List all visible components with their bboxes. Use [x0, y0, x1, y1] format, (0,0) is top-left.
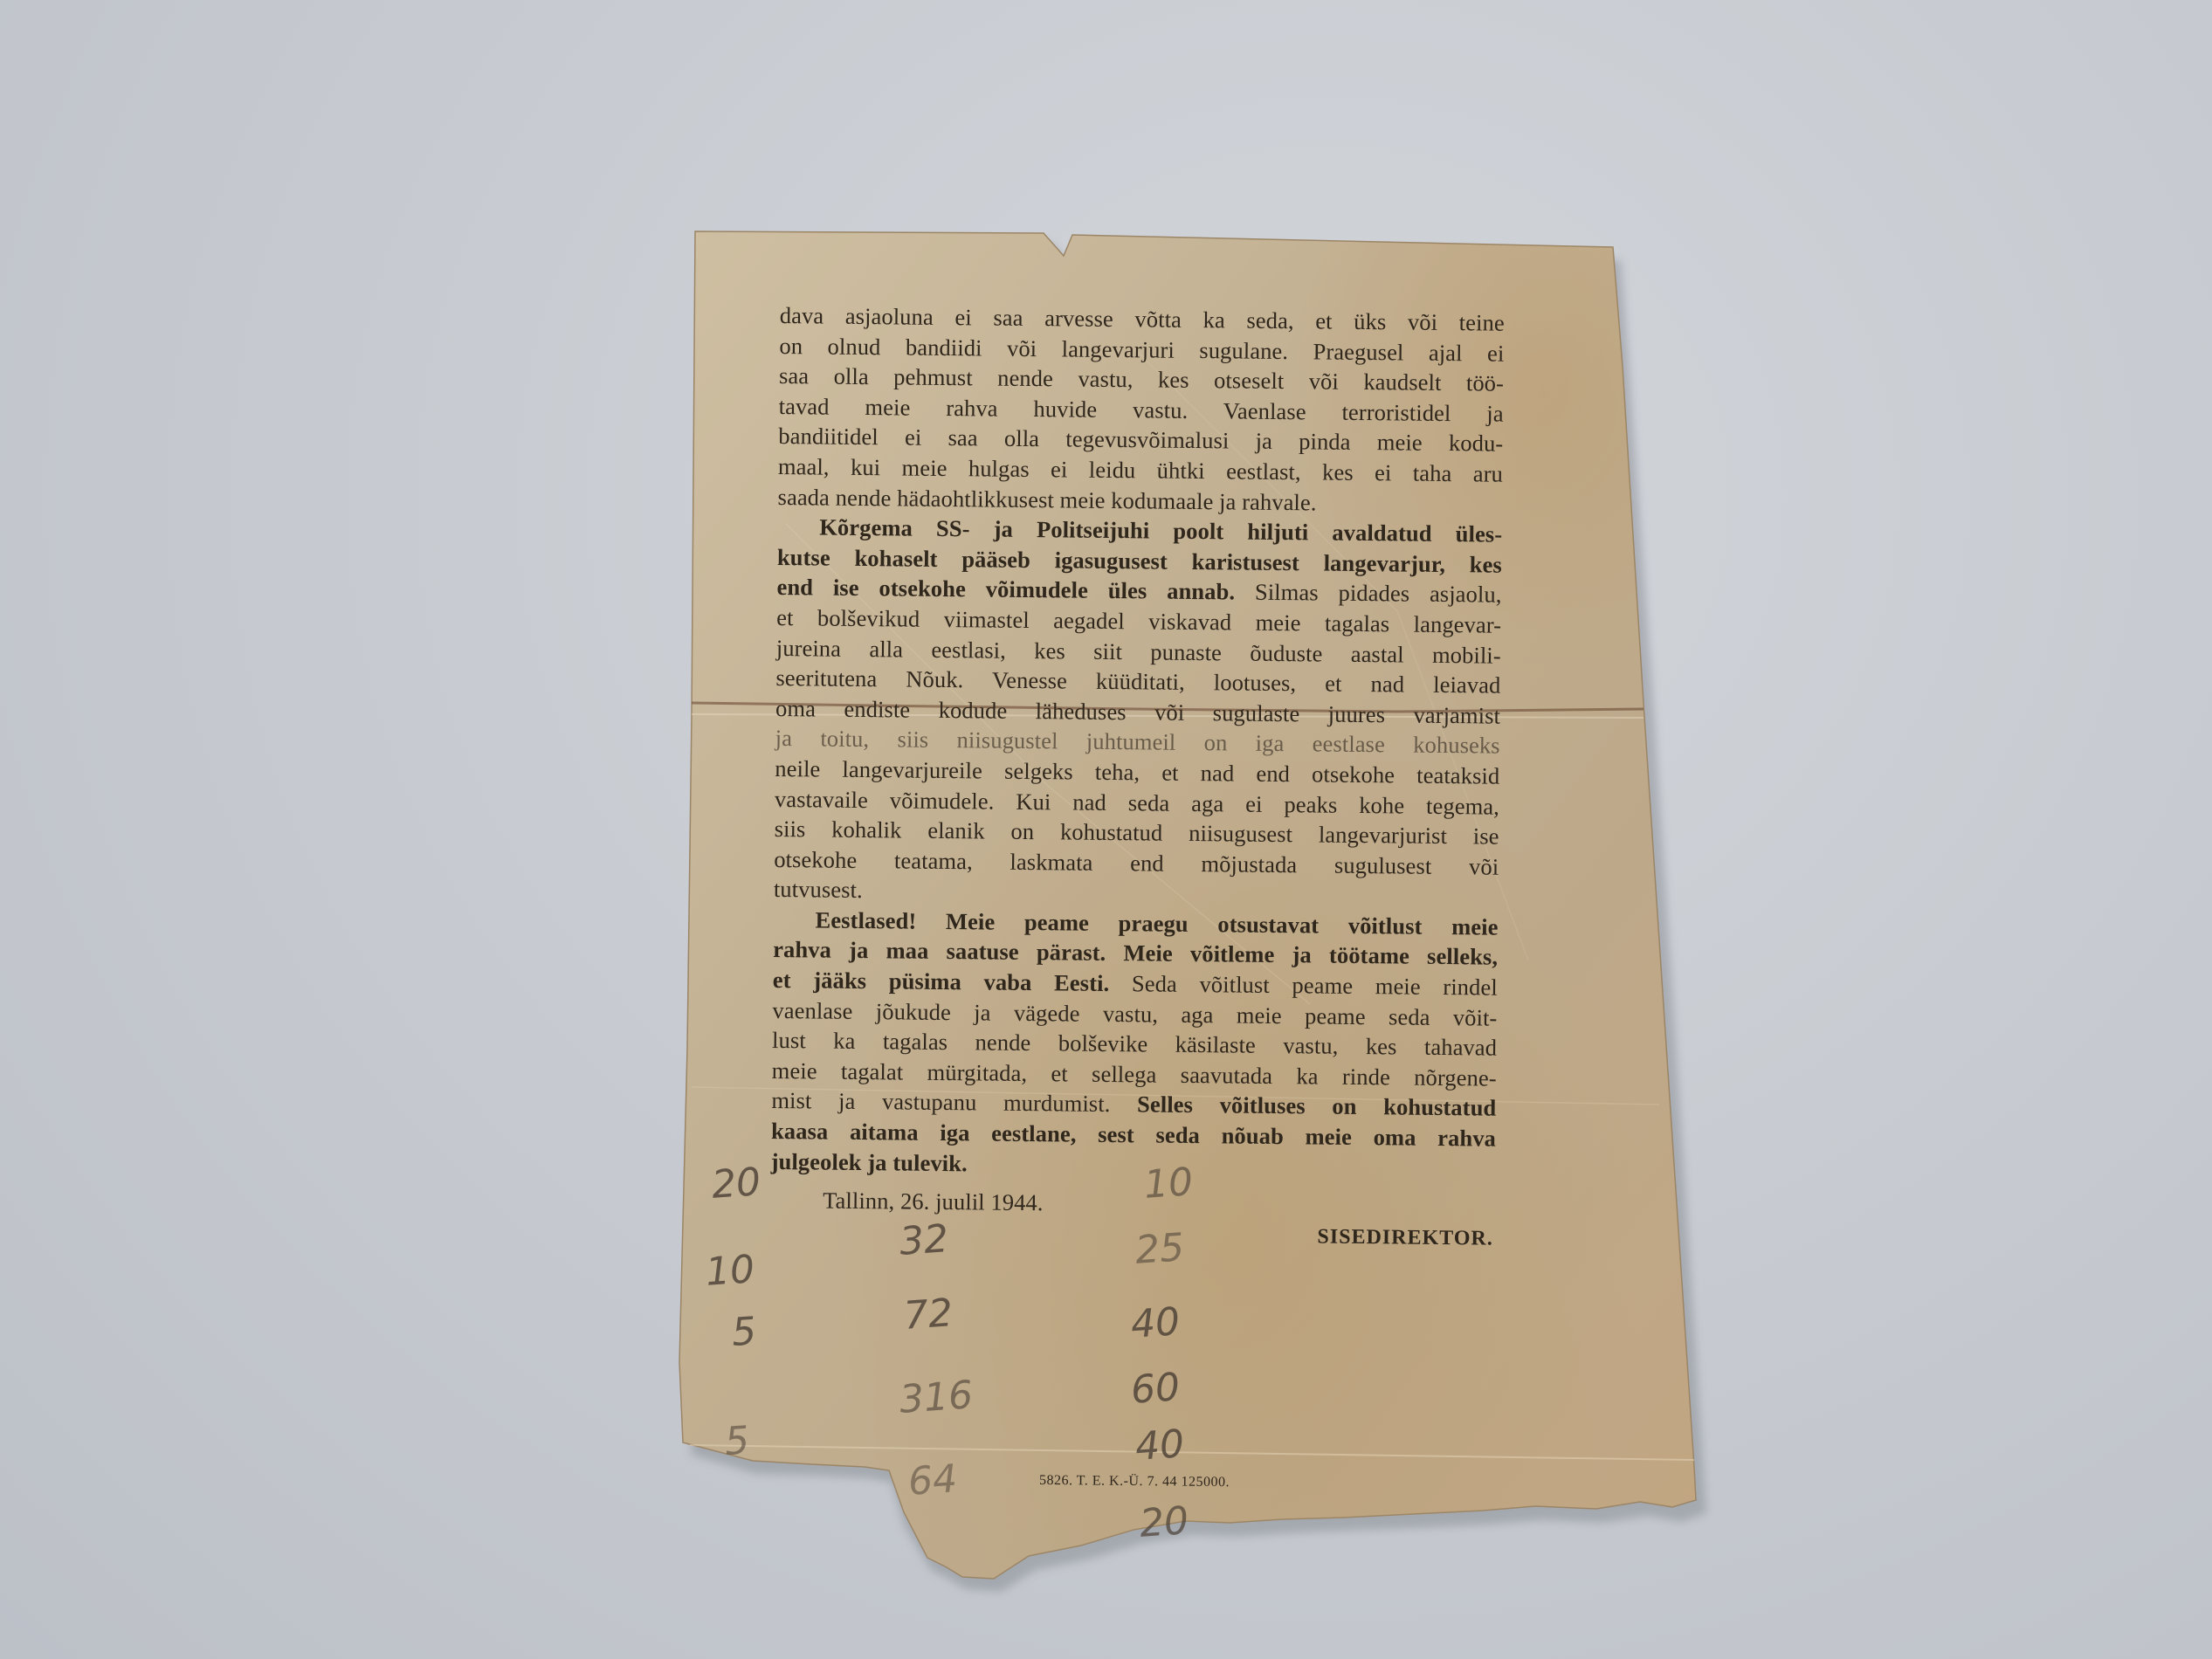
- regular-run: Silmas pidades asjaolu,: [1235, 579, 1502, 608]
- leaflet-body-text: dava asjaoluna ei saa arvesse võtta ka s…: [770, 300, 1505, 1228]
- handwritten-number: 72: [902, 1291, 954, 1339]
- bold-run: end ise otsekohe võimudele üles annab.: [776, 574, 1235, 604]
- signer-title: SISEDIREKTOR.: [1317, 1222, 1493, 1255]
- place-date: Tallinn, 26. juulil 1944.: [823, 1186, 1044, 1218]
- handwritten-number: 25: [1134, 1225, 1185, 1273]
- handwritten-number: 40: [1129, 1299, 1181, 1347]
- handwritten-number: 10: [1142, 1160, 1194, 1208]
- handwritten-number: 40: [1134, 1422, 1185, 1470]
- paragraph-2: Kõrgema SS- ja Politseijuhi poolt hiljut…: [774, 512, 1503, 912]
- photo-stage: dava asjaoluna ei saa arvesse võtta ka s…: [0, 0, 2212, 1659]
- printer-imprint: 5826. T. E. K.-Ü. 7. 44 125000.: [1039, 1473, 1230, 1490]
- handwritten-number: 5: [723, 1418, 750, 1464]
- bold-run: et jääks püsima vaba Eesti.: [773, 967, 1110, 996]
- bold-run: Selles võitluses on kohustatud: [1110, 1091, 1496, 1121]
- handwritten-number: 20: [710, 1160, 761, 1208]
- paragraph-1: dava asjaoluna ei saa arvesse võtta ka s…: [777, 300, 1504, 520]
- paragraph-3: Eestlased! Meie peame praegu otsustavat …: [770, 905, 1498, 1184]
- handwritten-number: 316: [898, 1373, 974, 1422]
- handwritten-number: 10: [704, 1247, 755, 1295]
- handwritten-number: 5: [730, 1309, 757, 1355]
- regular-run: Seda võitlust peame meie rindel: [1109, 970, 1498, 1001]
- regular-run: mist ja vastupanu murdumist.: [771, 1087, 1110, 1117]
- handwritten-number: 60: [1129, 1365, 1181, 1413]
- handwritten-number: 20: [1138, 1498, 1189, 1546]
- handwritten-number: 64: [906, 1456, 958, 1504]
- handwritten-number: 32: [898, 1216, 949, 1264]
